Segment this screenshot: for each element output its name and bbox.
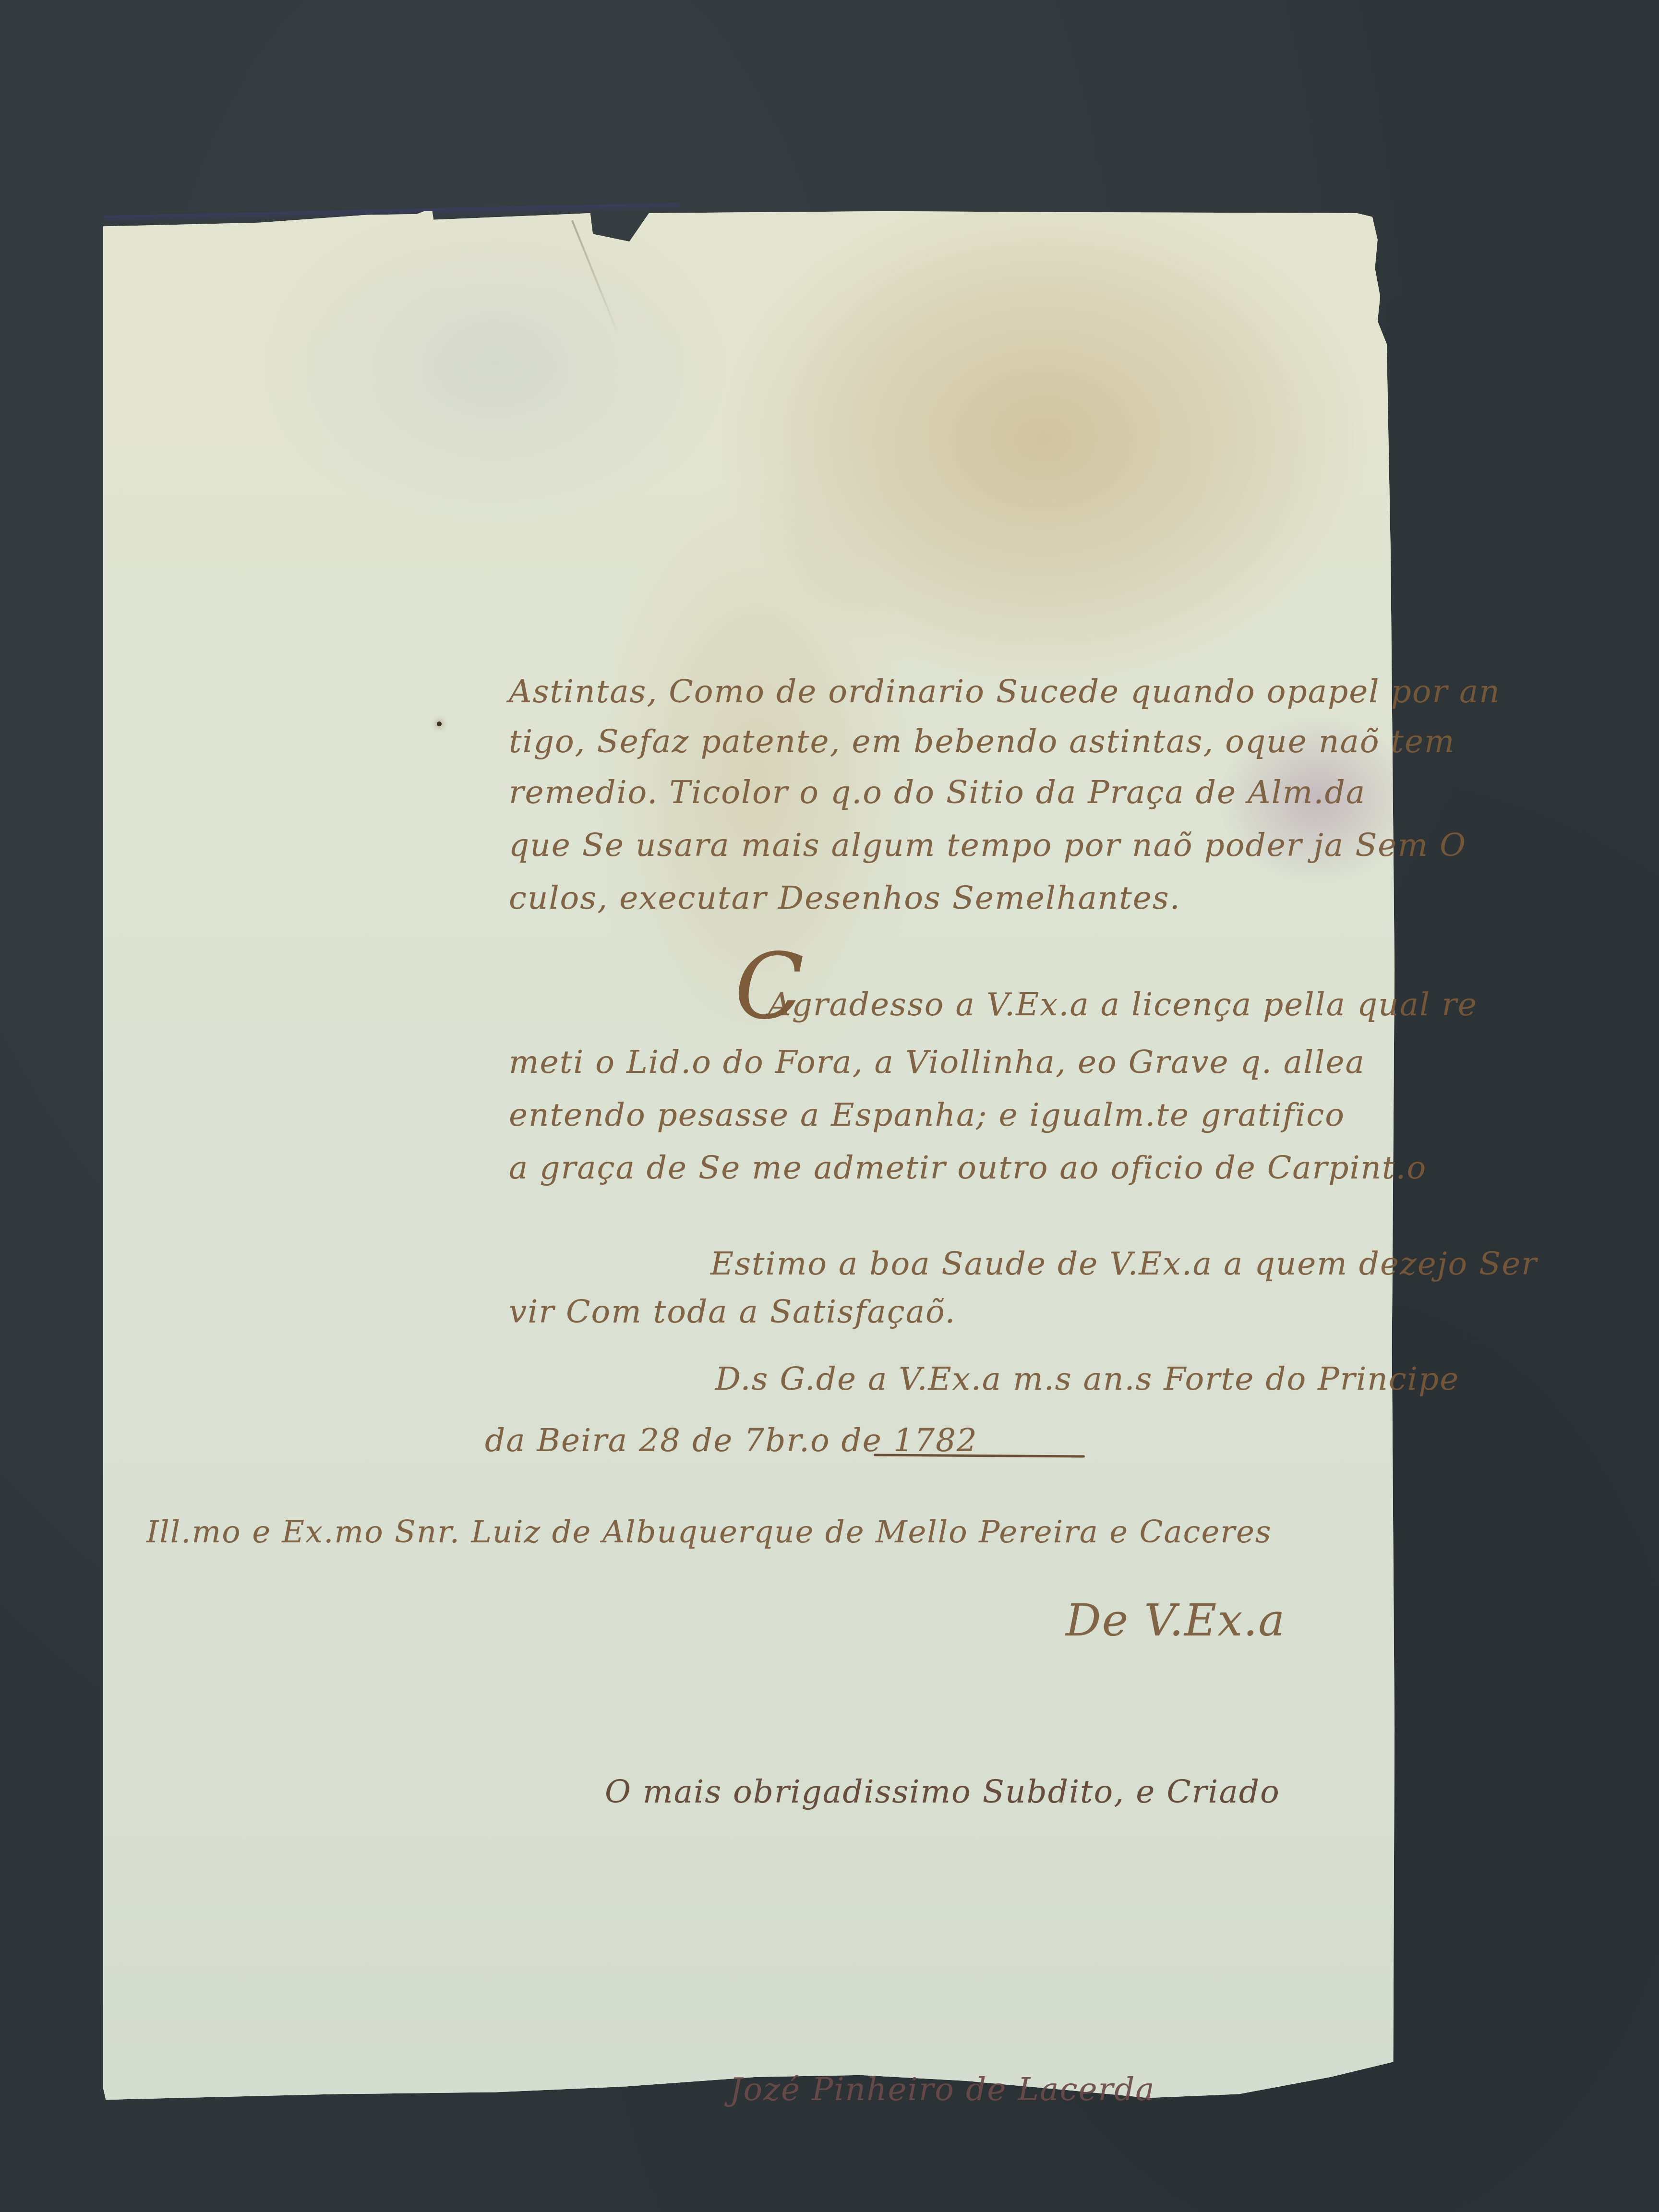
body-line: Estimo a boa Saude de V.Ex.a a quem deze… <box>710 1248 1538 1280</box>
body-line: remedio. Ticolor o q.o do Sitio da Praça… <box>509 777 1366 808</box>
salutation: De V.Ex.a <box>1066 1599 1286 1643</box>
body-line: culos, executar Desenhos Semelhantes. <box>509 882 1181 914</box>
body-line: vir Com toda a Satisfaçaõ. <box>509 1296 956 1328</box>
body-line: meti o Lid.o do Fora, a Viollinha, eo Gr… <box>509 1046 1365 1078</box>
body-line: Astintas, Como de ordinario Sucede quand… <box>509 676 1501 708</box>
ink-spot <box>437 721 442 726</box>
body-line: a graça de Se me admetir outro ao oficio… <box>509 1152 1427 1184</box>
signature: Jozé Pinheiro de Lacerda <box>730 2074 1155 2105</box>
closing-blessing: D.s G.de a V.Ex.a m.s an.s Forte do Prin… <box>715 1363 1459 1395</box>
body-line: Agradesso a V.Ex.a a licença pella qual … <box>768 989 1478 1021</box>
addressee: Ill.mo e Ex.mo Snr. Luiz de Albuquerque … <box>146 1517 1272 1548</box>
body-line: entendo pesasse a Espanha; e igualm.te g… <box>509 1099 1345 1131</box>
body-line: tigo, Sefaz patente, em bebendo astintas… <box>509 726 1455 757</box>
closing-place-date: da Beira 28 de 7br.o de 1782 <box>485 1425 978 1456</box>
subscription: O mais obrigadissimo Subdito, e Criado <box>605 1776 1280 1808</box>
body-line: que Se usara mais algum tempo por naõ po… <box>509 829 1467 861</box>
